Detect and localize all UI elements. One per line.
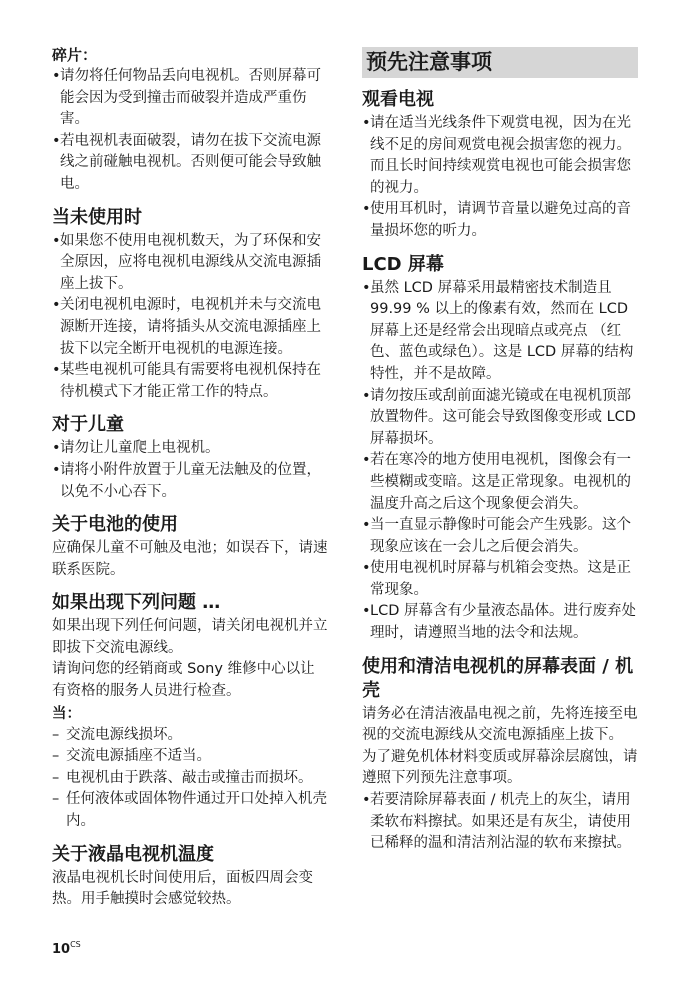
list-item: 请将小附件放置于儿童无法触及的位置，以免不小心吞下。 — [52, 460, 328, 503]
section-lcd: LCD 屏幕 虽然 LCD 屏幕采用最精密技术制造且 99.99 % 以上的像素… — [362, 253, 638, 645]
list-item: 关闭电视机电源时，电视机并未与交流电源断开连接，请将插头从交流电源插座上拔下以完… — [52, 295, 328, 360]
list-item: LCD 屏幕含有少量液态晶体。进行废弃处理时，请遵照当地的法令和法规。 — [362, 601, 638, 644]
list-item: 电视机由于跌落、敲击或撞击而损坏。 — [52, 768, 328, 790]
section-cleaning: 使用和清洁电视机的屏幕表面 / 机壳 请务必在清洁液晶电视之前，先将连接至电视的… — [362, 655, 638, 855]
list-item: 当一直显示静像时可能会产生残影。这个现象应该在一会儿之后便会消失。 — [362, 515, 638, 558]
paragraph: 为了避免机体材料变质或屏幕涂层腐蚀，请遵照下列预先注意事项。 — [362, 747, 638, 790]
left-column: 碎片： 请勿将任何物品丢向电视机。否则屏幕可能会因为受到撞击而破裂并造成严重伤害… — [52, 44, 328, 921]
section-title: 关于液晶电视机温度 — [52, 843, 328, 867]
section-batteries: 关于电池的使用 应确保儿童不可触及电池；如误吞下，请速联系医院。 — [52, 513, 328, 581]
list-item: 交流电源插座不适当。 — [52, 746, 328, 768]
list-item: 请勿按压或刮前面滤光镜或在电视机顶部放置物件。这可能会导致图像变形或 LCD 屏… — [362, 386, 638, 451]
section-children: 对于儿童 请勿让儿童爬上电视机。 请将小附件放置于儿童无法触及的位置，以免不小心… — [52, 413, 328, 503]
section-when-not-in-use: 当未使用时 如果您不使用电视机数天，为了环保和安全原因，应将电视机电源线从交流电… — [52, 206, 328, 404]
list-item: 虽然 LCD 屏幕采用最精密技术制造且 99.99 % 以上的像素有效，然而在 … — [362, 278, 638, 386]
section-title: 关于电池的使用 — [52, 513, 328, 537]
paragraph: 应确保儿童不可触及电池；如误吞下，请速联系医院。 — [52, 538, 328, 581]
list-item: 请勿让儿童爬上电视机。 — [52, 438, 328, 460]
page-number: 10CS — [52, 940, 81, 957]
list-item: 某些电视机可能具有需要将电视机保持在待机模式下才能正常工作的特点。 — [52, 360, 328, 403]
section-viewing: 观看电视 请在适当光线条件下观赏电视，因为在光线不足的房间观赏电视会损害您的视力… — [362, 88, 638, 243]
section-title: 当未使用时 — [52, 206, 328, 230]
section-title: 对于儿童 — [52, 413, 328, 437]
section-title: LCD 屏幕 — [362, 253, 638, 277]
list-item: 使用电视机时屏幕与机箱会变热。这是正常现象。 — [362, 558, 638, 601]
list-item: 如果您不使用电视机数天，为了环保和安全原因，应将电视机电源线从交流电源插座上拔下… — [52, 231, 328, 296]
list-item: 任何液体或固体物件通过开口处掉入机壳内。 — [52, 789, 328, 832]
section-fragments: 碎片： 请勿将任何物品丢向电视机。否则屏幕可能会因为受到撞击而破裂并造成严重伤害… — [52, 44, 328, 196]
section-title: 碎片： — [52, 44, 328, 66]
section-title: 使用和清洁电视机的屏幕表面 / 机壳 — [362, 655, 638, 703]
section-title: 观看电视 — [362, 88, 638, 112]
when-label: 当： — [52, 703, 328, 725]
chapter-banner: 预先注意事项 — [362, 47, 638, 78]
list-item: 若电视机表面破裂，请勿在拔下交流电源线之前碰触电视机。否则便可能会导致触电。 — [52, 131, 328, 196]
section-problems: 如果出现下列问题 … 如果出现下列任何问题，请关闭电视机并立即拔下交流电源线。 … — [52, 591, 328, 832]
list-item: 请在适当光线条件下观赏电视，因为在光线不足的房间观赏电视会损害您的视力。而且长时… — [362, 113, 638, 199]
paragraph: 请务必在清洁液晶电视之前，先将连接至电视的交流电源线从交流电源插座上拔下。 — [362, 704, 638, 747]
list-item: 若在寒冷的地方使用电视机，图像会有一些模糊或变暗。这是正常现象。电视机的温度升高… — [362, 450, 638, 515]
list-item: 交流电源线损坏。 — [52, 725, 328, 747]
section-temperature: 关于液晶电视机温度 液晶电视机长时间使用后，面板四周会变热。用手触摸时会感觉较热… — [52, 843, 328, 911]
section-title: 如果出现下列问题 … — [52, 591, 328, 615]
paragraph: 请询问您的经销商或 Sony 维修中心以让有资格的服务人员进行检查。 — [52, 659, 328, 702]
list-item: 请勿将任何物品丢向电视机。否则屏幕可能会因为受到撞击而破裂并造成严重伤害。 — [52, 66, 328, 131]
right-column: 预先注意事项 观看电视 请在适当光线条件下观赏电视，因为在光线不足的房间观赏电视… — [362, 44, 638, 865]
list-item: 使用耳机时，请调节音量以避免过高的音量损坏您的听力。 — [362, 199, 638, 242]
list-item: 若要清除屏幕表面 / 机壳上的灰尘，请用柔软布料擦拭。如果还是有灰尘，请使用已稀… — [362, 790, 638, 855]
paragraph: 如果出现下列任何问题，请关闭电视机并立即拔下交流电源线。 — [52, 616, 328, 659]
page-number-value: 10 — [52, 942, 70, 957]
paragraph: 液晶电视机长时间使用后，面板四周会变热。用手触摸时会感觉较热。 — [52, 868, 328, 911]
page-number-suffix: CS — [70, 940, 81, 949]
